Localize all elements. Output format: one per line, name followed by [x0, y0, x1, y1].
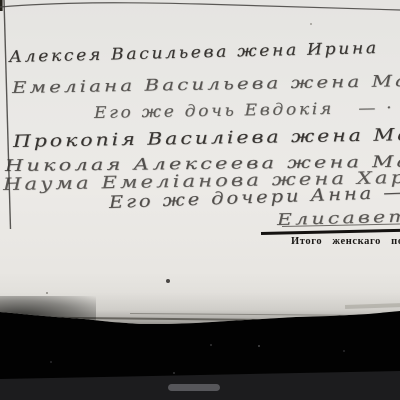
page-corner-mark — [0, 0, 3, 11]
home-indicator-handle[interactable] — [168, 384, 220, 391]
dust-speck — [50, 361, 52, 363]
printed-total-label: Итого женскаго по — [291, 236, 400, 247]
page-corner-shadow — [0, 296, 96, 322]
ink-speck — [310, 23, 312, 25]
screen: Алексея Васильева жена Ирина — · — Емелі… — [0, 0, 400, 400]
dust-speck — [258, 345, 260, 347]
dust-speck — [173, 372, 175, 374]
scanned-page: Алексея Васильева жена Ирина — · — Емелі… — [0, 0, 400, 332]
scan-viewport[interactable]: Алексея Васильева жена Ирина — · — Емелі… — [0, 0, 400, 400]
dust-speck — [343, 350, 345, 352]
ink-speck — [166, 279, 170, 283]
row-ruling-line — [0, 3, 400, 10]
dust-speck — [210, 344, 212, 346]
